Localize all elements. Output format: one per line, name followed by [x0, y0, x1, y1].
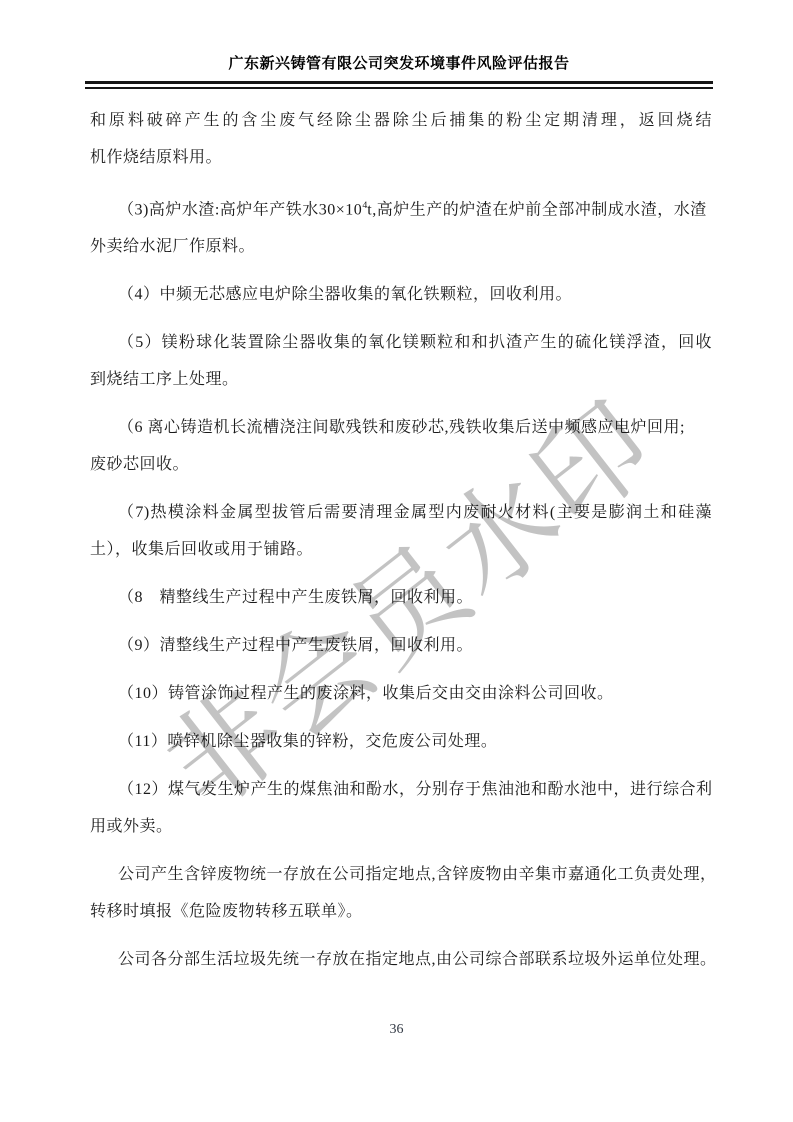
page-number: 36 — [390, 1022, 404, 1037]
list-item-4: （4）中频无芯感应电炉除尘器收集的氧化铁颗粒，回收利用。 — [90, 276, 712, 313]
text-line: 土），收集后回收或用于铺路。 — [90, 531, 712, 568]
paragraph-household-waste: 公司各分部生活垃圾先统一存放在指定地点,由公司综合部联系垃圾外运单位处理。 — [90, 941, 712, 978]
paragraph-intro: 和原料破碎产生的含尘废气经除尘器除尘后捕集的粉尘定期清理，返回烧结 机作烧结原料… — [90, 102, 712, 176]
text-line: （11）喷锌机除尘器收集的锌粉，交危废公司处理。 — [90, 723, 712, 760]
text-line: 和原料破碎产生的含尘废气经除尘器除尘后捕集的粉尘定期清理，返回烧结 — [90, 102, 712, 139]
list-item-12: （12）煤气发生炉产生的煤焦油和酚水，分别存于焦油池和酚水池中，进行综合利 用或… — [90, 771, 712, 845]
text-line: 转移时填报《危险废物转移五联单》。 — [90, 893, 712, 930]
text-line: （5）镁粉球化装置除尘器收集的氧化镁颗粒和和扒渣产生的硫化镁浮渣，回收 — [90, 324, 712, 361]
list-item-5: （5）镁粉球化装置除尘器收集的氧化镁颗粒和和扒渣产生的硫化镁浮渣，回收 到烧结工… — [90, 324, 712, 398]
list-item-11: （11）喷锌机除尘器收集的锌粉，交危废公司处理。 — [90, 723, 712, 760]
list-item-8: （8 精整线生产过程中产生废铁屑，回收利用。 — [90, 579, 712, 616]
text-line: 公司产生含锌废物统一存放在公司指定地点,含锌废物由辛集市嘉通化工负责处理， — [90, 856, 712, 893]
text-run: （3)高炉水渣:高炉年产铁水30×10 — [118, 201, 362, 218]
text-line: （9）清整线生产过程中产生废铁屑，回收利用。 — [90, 627, 712, 664]
text-line: 外卖给水泥厂作原料。 — [90, 228, 712, 265]
text-line: 公司各分部生活垃圾先统一存放在指定地点,由公司综合部联系垃圾外运单位处理。 — [90, 941, 712, 978]
list-item-10: （10）铸管涂饰过程产生的废涂料，收集后交由交由涂料公司回收。 — [90, 675, 712, 712]
text-line: （7)热模涂料金属型拔管后需要清理金属型内废耐火材料(主要是膨润土和硅藻 — [90, 494, 712, 531]
document-body: 和原料破碎产生的含尘废气经除尘器除尘后捕集的粉尘定期清理，返回烧结 机作烧结原料… — [90, 102, 712, 989]
document-page: 非会员水印 广东新兴铸管有限公司突发环境事件风险评估报告 和原料破碎产生的含尘废… — [0, 0, 793, 1122]
report-title: 广东新兴铸管有限公司突发环境事件风险评估报告 — [85, 52, 713, 73]
page-header: 广东新兴铸管有限公司突发环境事件风险评估报告 — [85, 52, 713, 89]
paragraph-zinc-waste: 公司产生含锌废物统一存放在公司指定地点,含锌废物由辛集市嘉通化工负责处理， 转移… — [90, 856, 712, 930]
list-item-3: （3)高炉水渣:高炉年产铁水30×104t,高炉生产的炉渣在炉前全部冲制成水渣，… — [90, 187, 712, 265]
text-line: （8 精整线生产过程中产生废铁屑，回收利用。 — [90, 579, 712, 616]
text-run: t,高炉生产的炉渣在炉前全部冲制成水渣，水渣 — [367, 201, 706, 218]
text-line: （12）煤气发生炉产生的煤焦油和酚水，分别存于焦油池和酚水池中，进行综合利 — [90, 771, 712, 808]
page-footer: 36 — [0, 1020, 793, 1038]
list-item-6: （6 离心铸造机长流槽浇注间歇残铁和废砂芯,残铁收集后送中频感应电炉回用; 废砂… — [90, 409, 712, 483]
list-item-7: （7)热模涂料金属型拔管后需要清理金属型内废耐火材料(主要是膨润土和硅藻 土），… — [90, 494, 712, 568]
list-item-9: （9）清整线生产过程中产生废铁屑，回收利用。 — [90, 627, 712, 664]
text-line: 机作烧结原料用。 — [90, 139, 712, 176]
text-line: （6 离心铸造机长流槽浇注间歇残铁和废砂芯,残铁收集后送中频感应电炉回用; — [90, 409, 712, 446]
text-line: （3)高炉水渣:高炉年产铁水30×104t,高炉生产的炉渣在炉前全部冲制成水渣，… — [90, 187, 712, 228]
text-line: 到烧结工序上处理。 — [90, 361, 712, 398]
header-double-rule — [85, 81, 713, 89]
text-line: （4）中频无芯感应电炉除尘器收集的氧化铁颗粒，回收利用。 — [90, 276, 712, 313]
text-line: 用或外卖。 — [90, 808, 712, 845]
text-line: 废砂芯回收。 — [90, 446, 712, 483]
text-line: （10）铸管涂饰过程产生的废涂料，收集后交由交由涂料公司回收。 — [90, 675, 712, 712]
